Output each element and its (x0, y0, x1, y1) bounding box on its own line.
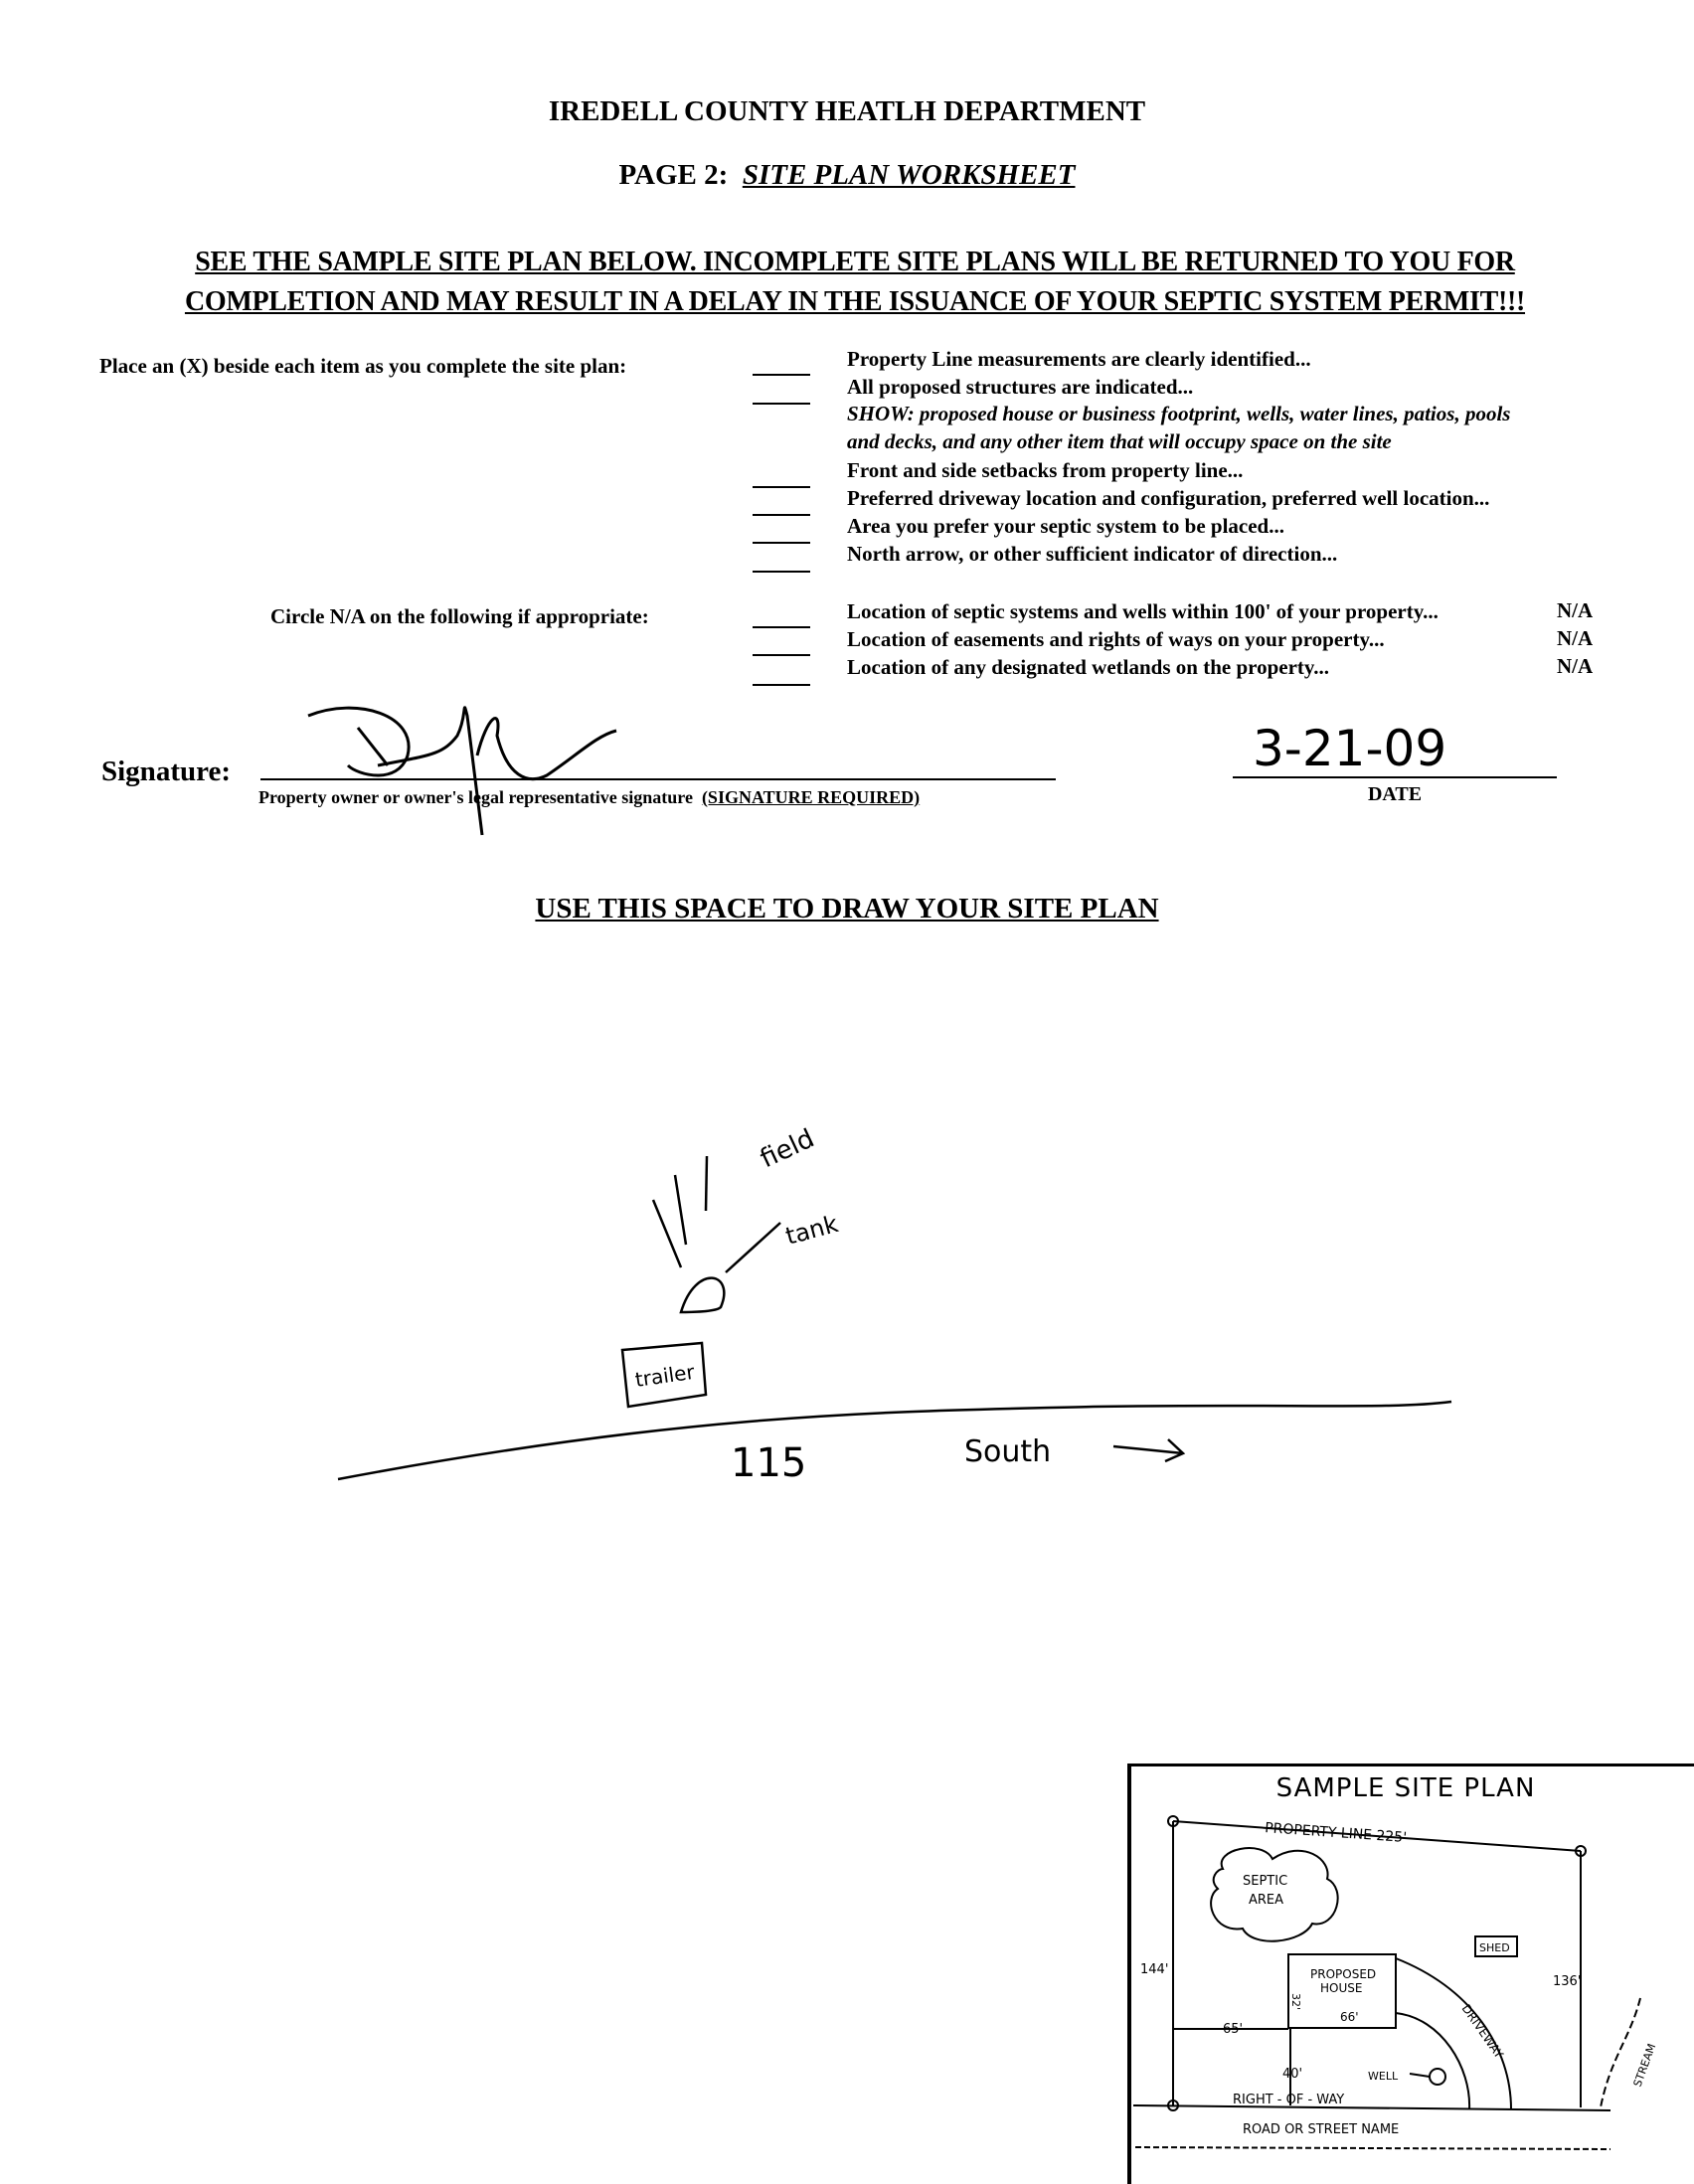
front-setback-label: 40' (1282, 2067, 1302, 2082)
stream-label: STREAM (1631, 2042, 1659, 2089)
house-label-1: PROPOSED (1310, 1967, 1376, 1981)
road-edge (1135, 2147, 1610, 2149)
stream-line (1601, 1998, 1640, 2107)
house-label-2: HOUSE (1320, 1981, 1362, 1995)
left-dimension: 144' (1140, 1962, 1168, 1977)
well-circle (1430, 2069, 1445, 2085)
well-label: WELL (1368, 2070, 1399, 2083)
right-of-way-label: RIGHT - OF - WAY (1233, 2093, 1344, 2107)
septic-label-1: SEPTIC (1243, 1874, 1287, 1889)
driveway-label: DRIVEWAY (1459, 2002, 1507, 2062)
house-depth: 32' (1289, 1993, 1302, 2010)
house-width: 66' (1340, 2010, 1359, 2024)
right-of-way-line (1133, 2105, 1610, 2110)
driveway-inner (1396, 2013, 1469, 2109)
road-label: ROAD OR STREET NAME (1243, 2122, 1399, 2137)
side-setback-label: 65' (1223, 2022, 1243, 2037)
property-line-label: PROPERTY LINE 225' (1265, 1820, 1408, 1846)
sample-plan-drawing: PROPERTY LINE 225' SEPTIC AREA SHED 144'… (0, 0, 1694, 2184)
right-dimension: 136' (1553, 1974, 1581, 1989)
septic-label-2: AREA (1249, 1893, 1283, 1908)
shed-label: SHED (1479, 1941, 1510, 1954)
